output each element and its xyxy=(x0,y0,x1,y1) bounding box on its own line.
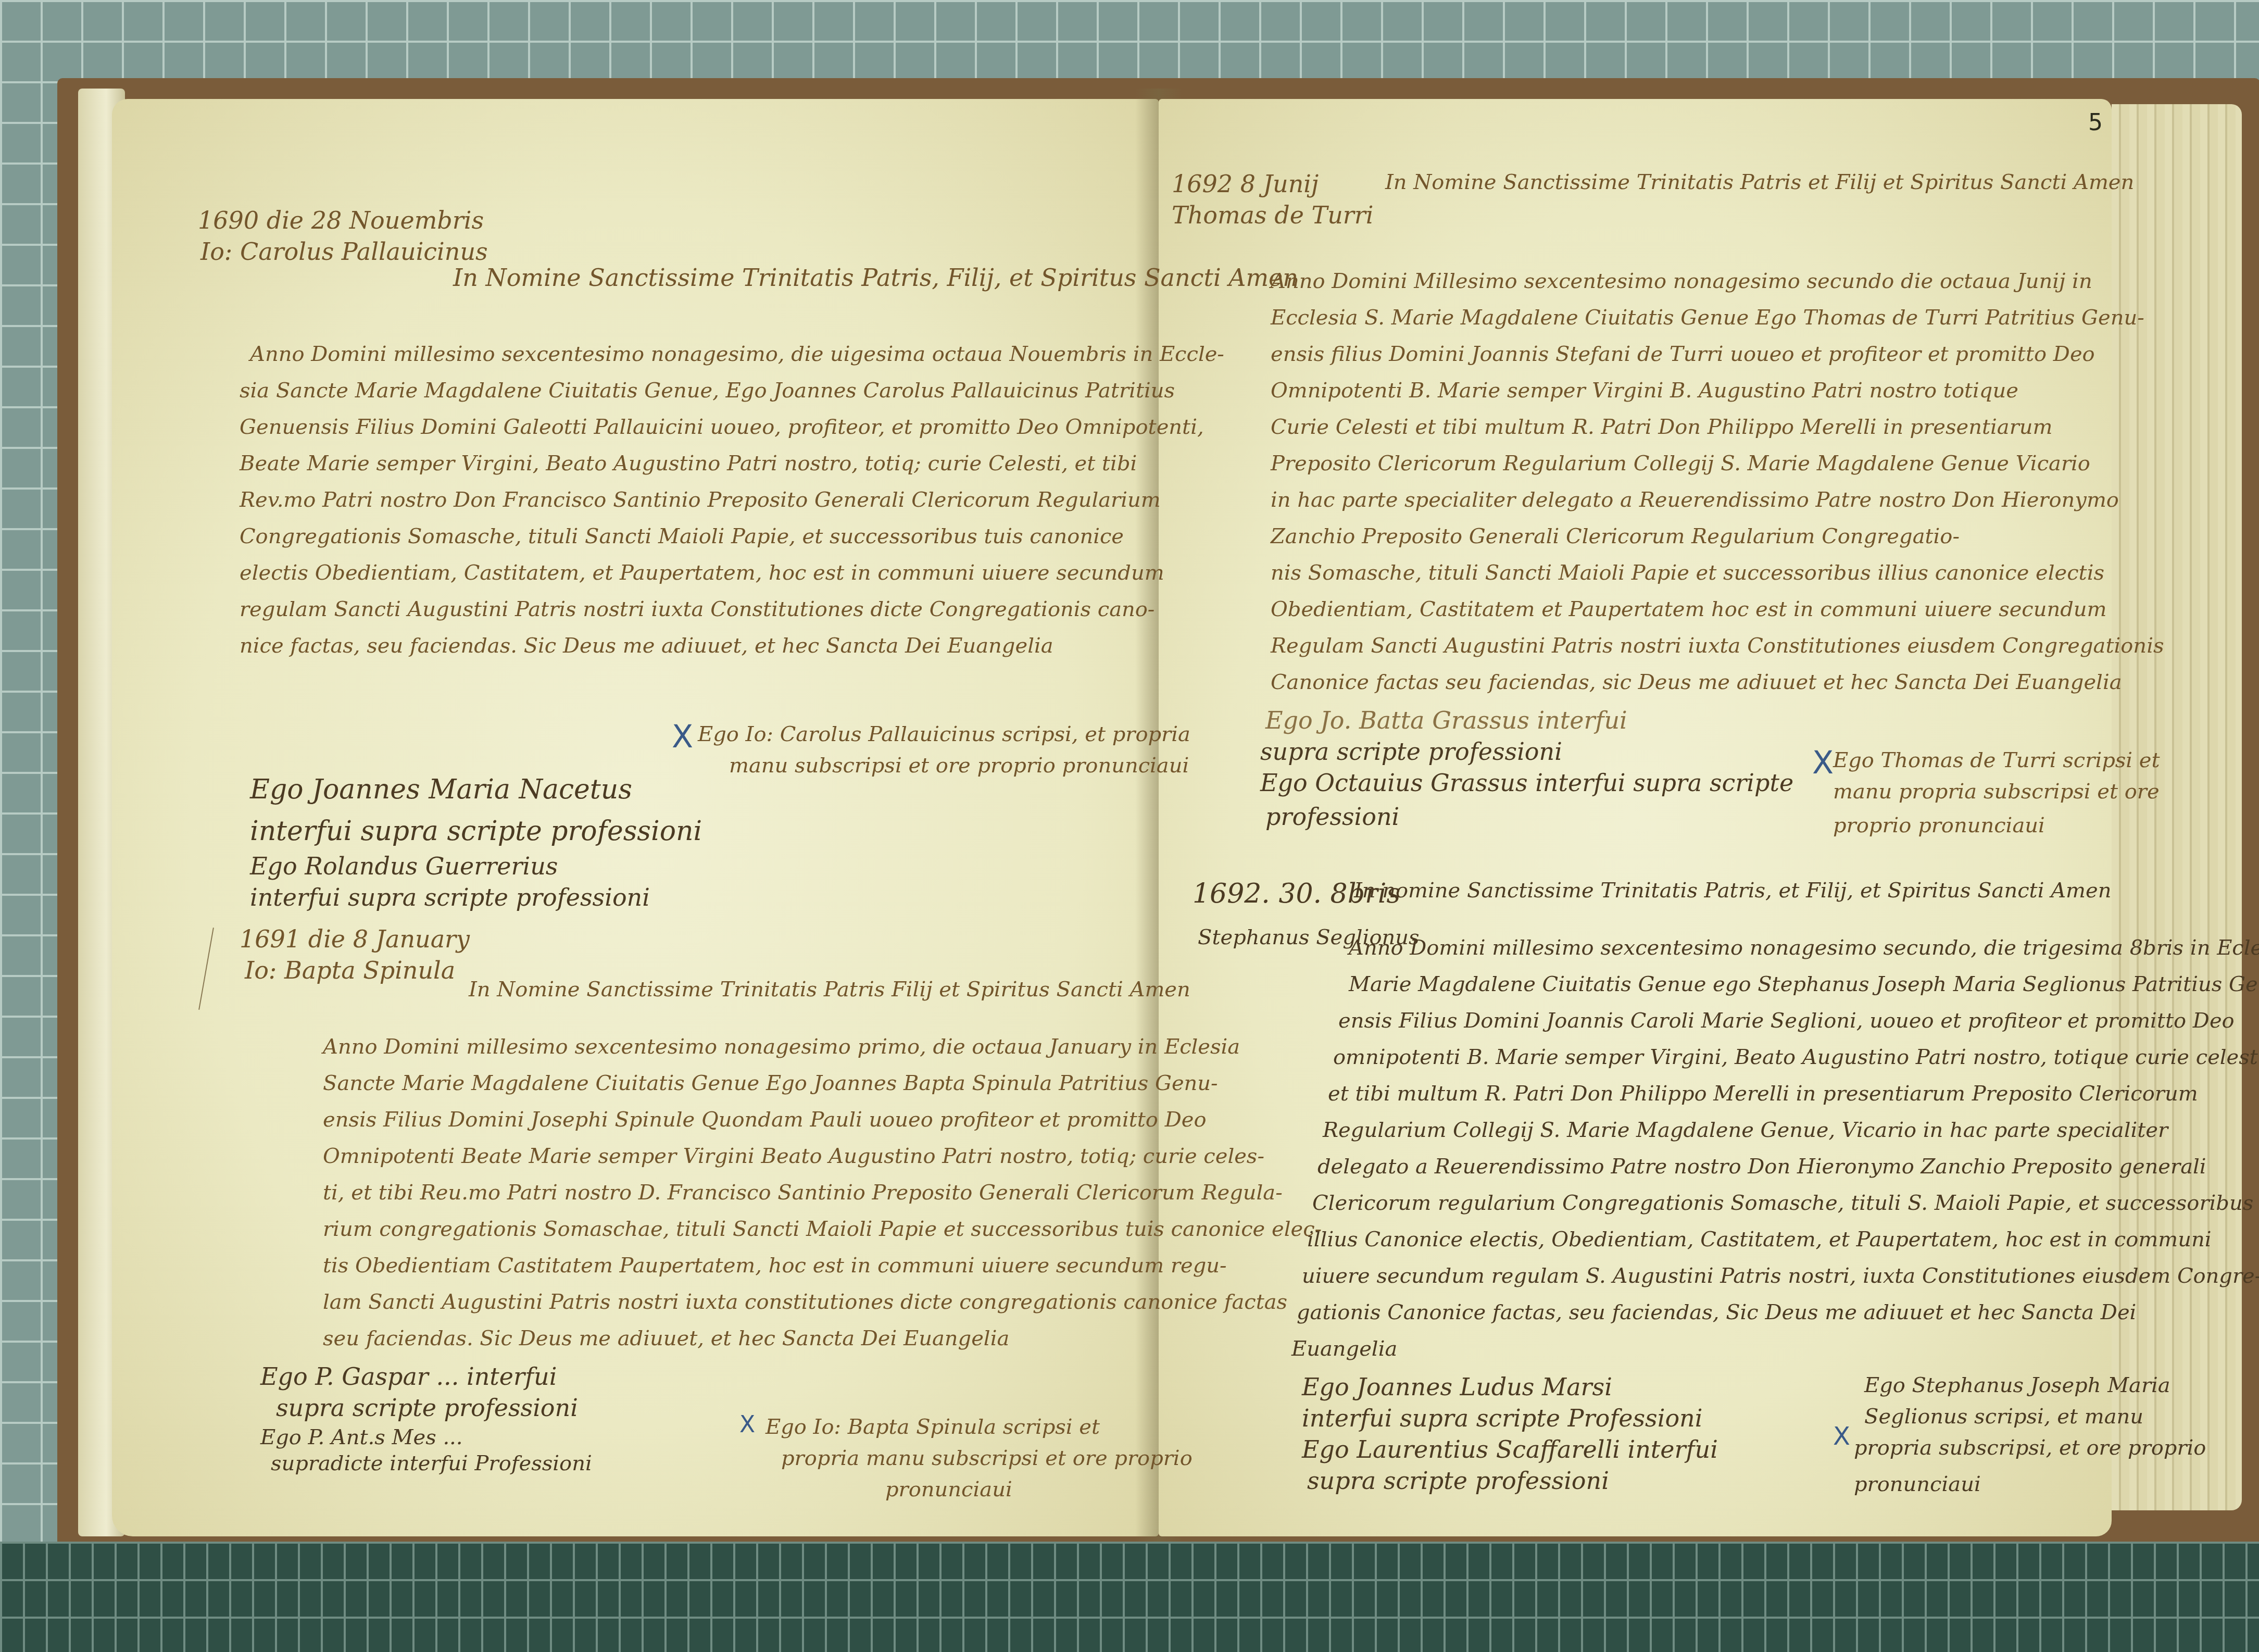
cross-mark: X xyxy=(739,1411,755,1438)
invocation: In Nomine Sanctissime Trinitatis Patris … xyxy=(1385,172,2134,193)
invocation: In nomine Sanctissime Trinitatis Patris,… xyxy=(1354,880,2111,901)
invocation: In Nomine Sanctissime Trinitatis Patris,… xyxy=(453,266,1298,290)
margin-date: 1690 die 28 Nouembris xyxy=(198,208,484,232)
invocation: In Nomine Sanctissime Trinitatis Patris … xyxy=(469,979,1190,1000)
margin-name: Io: Carolus Pallauicinus xyxy=(200,240,488,264)
margin-name: Io: Bapta Spinula xyxy=(245,958,455,982)
measurement-grid-bottom xyxy=(0,1542,2259,1652)
cross-mark: X xyxy=(672,719,693,755)
margin-date: 1691 die 8 January xyxy=(240,927,470,951)
cross-mark: X xyxy=(1812,745,1834,781)
margin-date: 1692 8 Junij xyxy=(1172,172,1319,196)
page-number: 5 xyxy=(2088,109,2103,136)
cross-mark: X xyxy=(1833,1422,1850,1451)
margin-name: Thomas de Turri xyxy=(1172,203,1374,227)
